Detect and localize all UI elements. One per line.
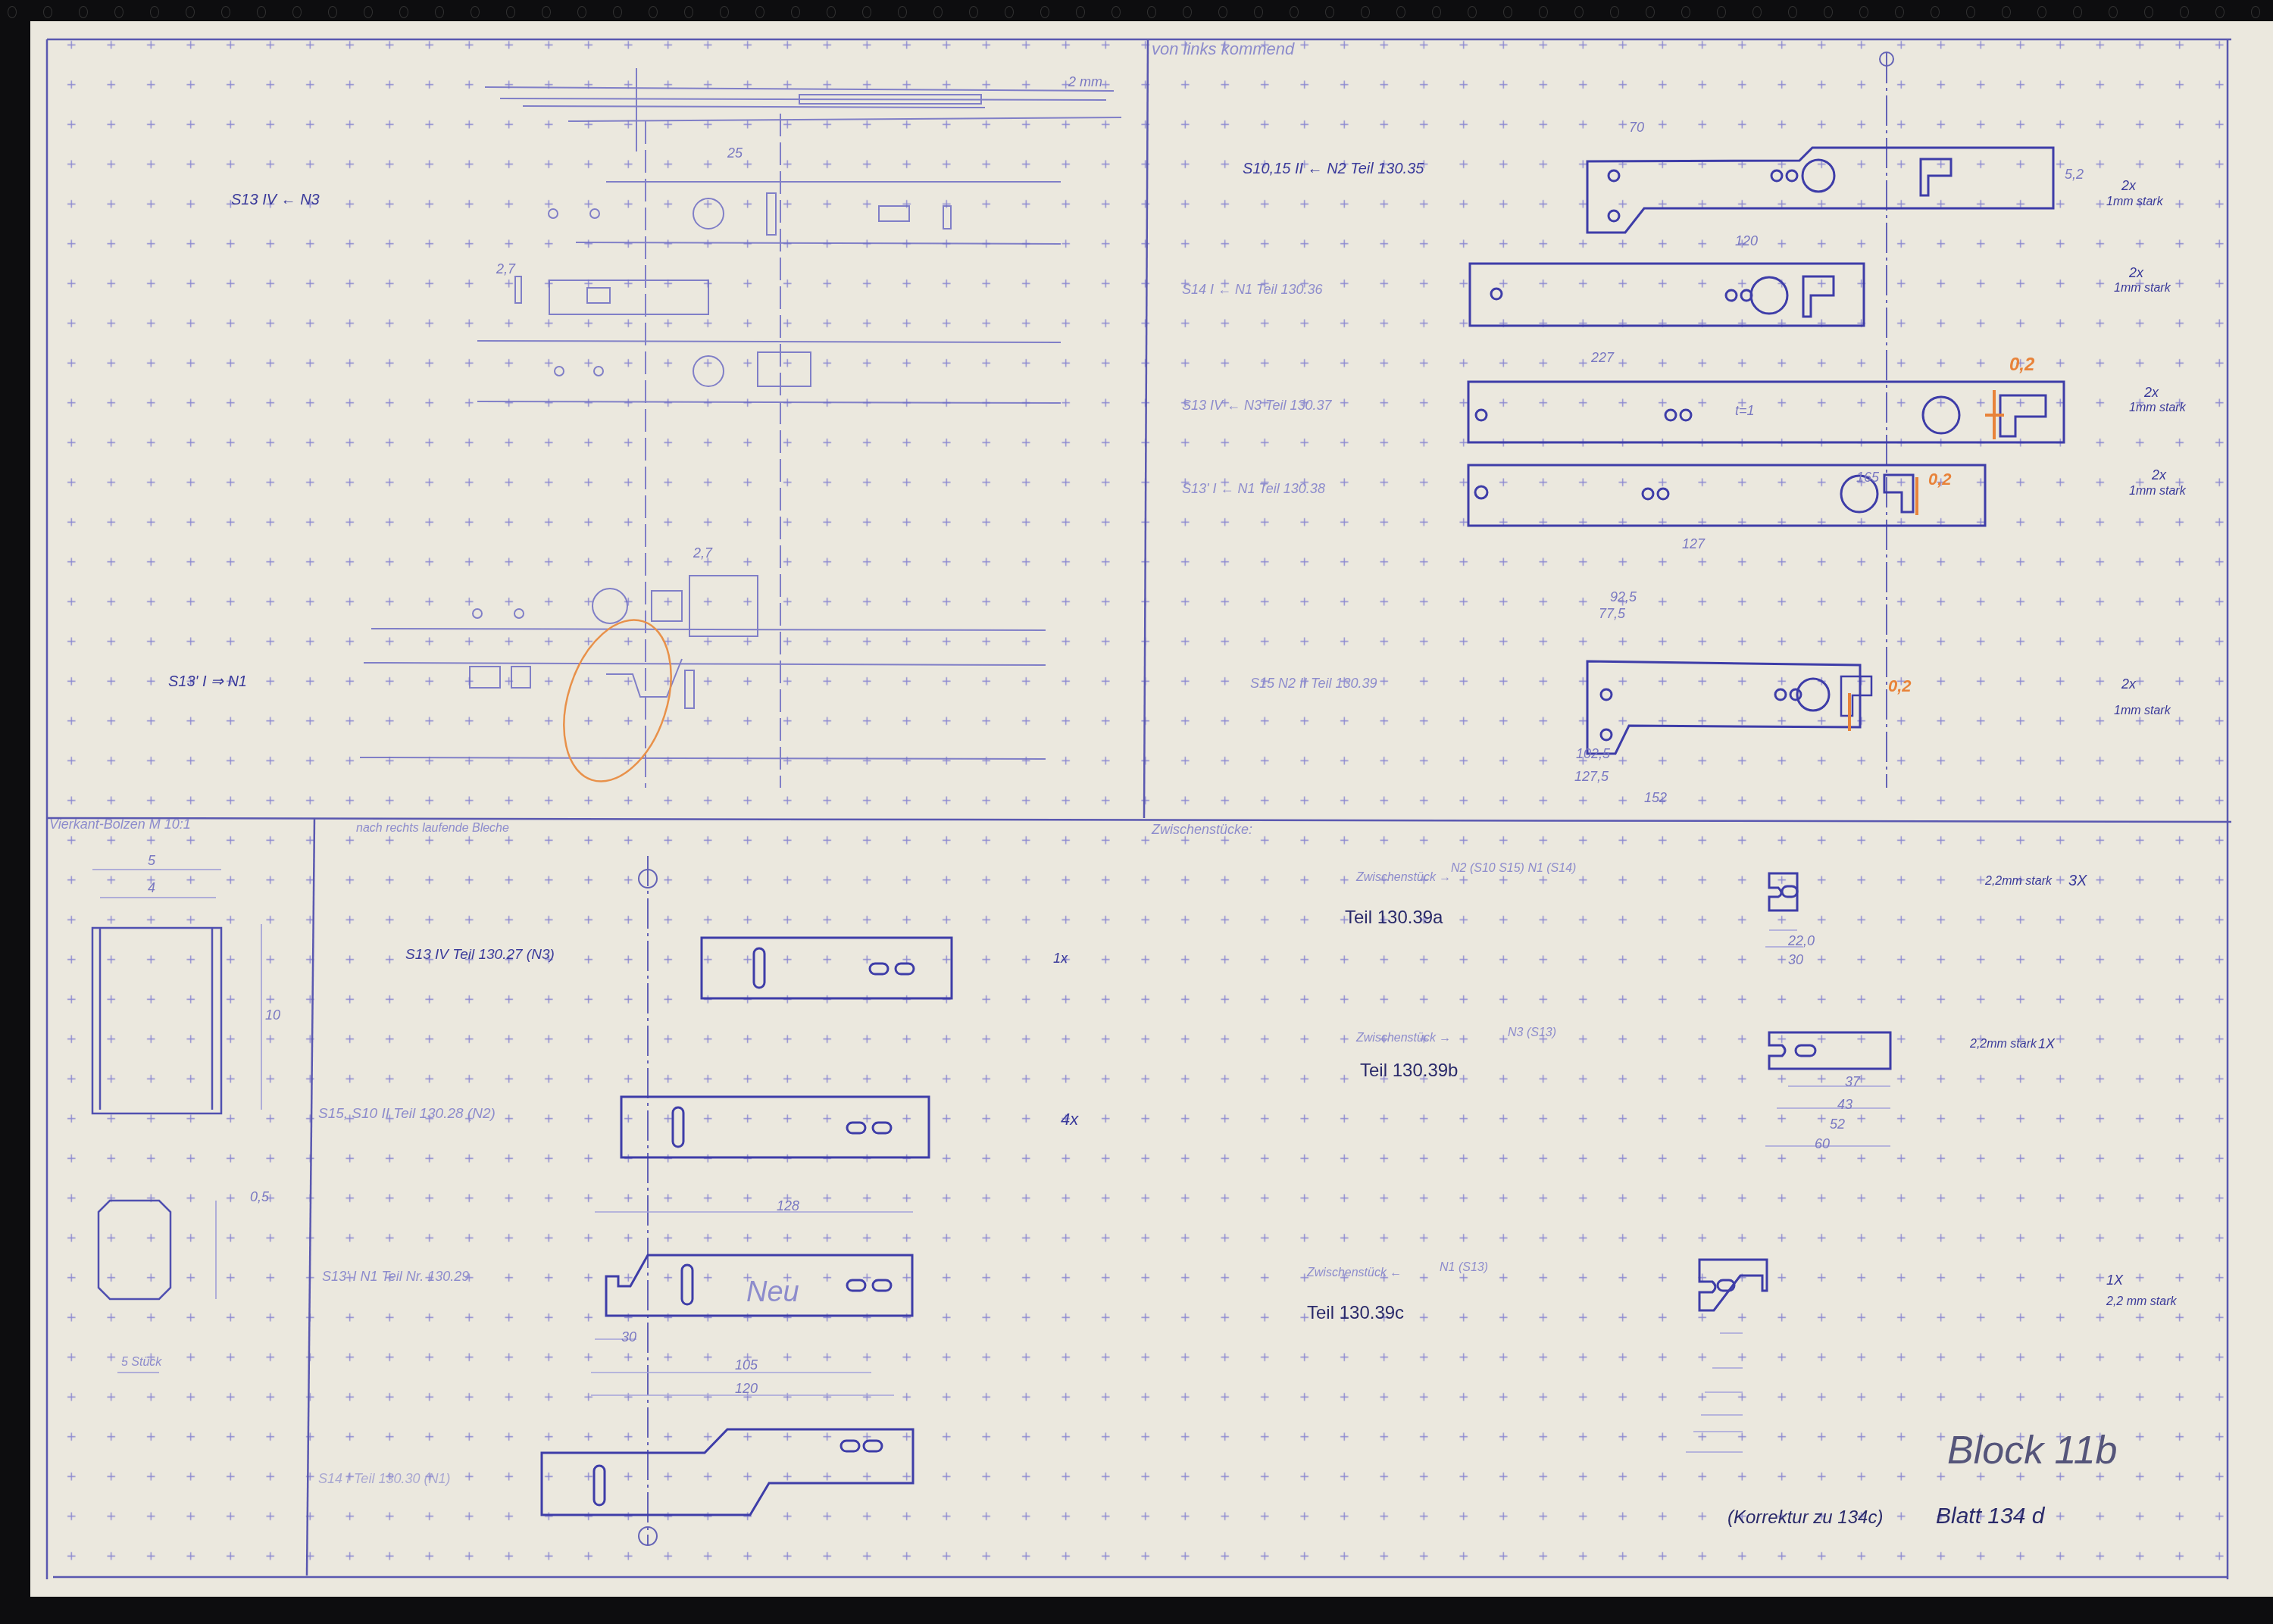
- dim-105: 105: [735, 1357, 758, 1373]
- grid-crosses: [52, 39, 2226, 1569]
- film-hole: [2144, 6, 2153, 18]
- film-hole: [1254, 6, 1263, 18]
- film-hole: [2109, 6, 2118, 18]
- thickness-130-39: 1mm stark: [2114, 704, 2171, 718]
- qty-130-28: 4x: [1061, 1110, 1078, 1129]
- dim-70: 70: [1629, 120, 1644, 136]
- film-hole: [1325, 6, 1334, 18]
- film-hole: [8, 6, 17, 18]
- dim-2-7-a: 2,7: [496, 261, 515, 277]
- part-label-130-29: S13' I N1 Teil Nr. 130.29: [322, 1269, 469, 1285]
- dim-30-b: 30: [1788, 952, 1803, 968]
- thickness-130-35: 1mm stark: [2106, 195, 2163, 209]
- film-hole: [1147, 6, 1156, 18]
- correction-0-2-a: 0,2: [2009, 354, 2034, 376]
- film-hole: [1432, 6, 1441, 18]
- film-hole: [791, 6, 800, 18]
- film-hole: [827, 6, 836, 18]
- dim-43: 43: [1837, 1097, 1852, 1113]
- film-hole: [328, 6, 337, 18]
- part-label-130-27: S13 IV Teil 130.27 (N3): [405, 947, 555, 963]
- film-hole: [1646, 6, 1655, 18]
- film-hole: [1183, 6, 1192, 18]
- film-hole: [2251, 6, 2260, 18]
- film-hole: [1396, 6, 1405, 18]
- dim-37: 37: [1845, 1074, 1860, 1090]
- dim-127-5: 127,5: [1574, 769, 1609, 785]
- correction-0-2-b: 0,2: [1928, 470, 1952, 489]
- film-hole: [471, 6, 480, 18]
- block-id: Block 11b: [1947, 1428, 2118, 1473]
- film-hole: [1503, 6, 1512, 18]
- teil-130-39c: Teil 130.39c: [1307, 1303, 1404, 1324]
- dim-128: 128: [777, 1198, 799, 1214]
- film-hole: [1111, 6, 1121, 18]
- film-hole: [2215, 6, 2225, 18]
- film-hole: [1966, 6, 1975, 18]
- dim-227: 227: [1591, 350, 1614, 366]
- dim-52: 52: [1830, 1116, 1845, 1132]
- film-hole: [1040, 6, 1049, 18]
- thickness-130-39c: 2,2 mm stark: [2106, 1295, 2176, 1309]
- teil-130-39b: Teil 130.39b: [1360, 1060, 1458, 1082]
- zwischenstueck-a-refs: N2 (S10 S15) N1 (S14): [1451, 862, 1576, 876]
- vierkant-bolzen-title: Vierkant-Bolzen M 10:1: [49, 817, 191, 832]
- dim-127: 127: [1682, 536, 1705, 552]
- zwischenstueck-b-name: Zwischenstück →: [1356, 1032, 1451, 1045]
- part-label-130-38: S13' I ← N1 Teil 130.38: [1182, 481, 1325, 497]
- part-label-130-35: S10,15 II ← N2 Teil 130.35: [1243, 161, 1424, 178]
- film-hole: [1218, 6, 1227, 18]
- note-neu: Neu: [746, 1276, 799, 1309]
- film-hole: [257, 6, 266, 18]
- dim-77-5: 77,5: [1599, 606, 1625, 622]
- film-hole: [1574, 6, 1584, 18]
- qty-130-39c: 1X: [2106, 1273, 2123, 1288]
- dim-0-5: 0,5: [250, 1189, 269, 1205]
- dim-102-5: 102,5: [1576, 746, 1610, 762]
- film-hole: [435, 6, 444, 18]
- dim-60: 60: [1815, 1136, 1830, 1152]
- part-label-130-28: S15, S10 II Teil 130.28 (N2): [318, 1106, 496, 1123]
- qty-130-38: 2x: [2152, 467, 2166, 483]
- film-hole: [2180, 6, 2189, 18]
- lower-middle-heading: nach rechts laufende Bleche: [356, 822, 509, 835]
- film-hole: [186, 6, 195, 18]
- qty-130-27: 1x: [1053, 951, 1068, 967]
- film-hole: [1824, 6, 1833, 18]
- film-hole: [364, 6, 373, 18]
- quantity-5-stueck: 5 Stück: [121, 1356, 161, 1369]
- qty-130-39b: 1X: [2038, 1036, 2055, 1052]
- thickness-130-39a: 2,2mm stark: [1985, 875, 2052, 889]
- qty-130-39: 2x: [2121, 676, 2136, 692]
- dim-25: 25: [727, 145, 743, 161]
- dim-120-b: 120: [735, 1381, 758, 1397]
- upper-left-label-s13i: S13' I ⇒ N1: [168, 672, 247, 691]
- upper-left-label-s13iv: S13 IV ← N3: [231, 192, 320, 209]
- film-hole: [1005, 6, 1014, 18]
- film-hole: [1539, 6, 1548, 18]
- film-hole: [1610, 6, 1619, 18]
- dim-30: 30: [621, 1329, 636, 1345]
- film-strip-holes: [0, 0, 2273, 21]
- film-hole: [114, 6, 123, 18]
- correction-0-2-c: 0,2: [1888, 676, 1912, 696]
- footer-note: (Korrektur zu 134c): [1727, 1507, 1883, 1529]
- film-hole: [862, 6, 871, 18]
- film-hole: [542, 6, 551, 18]
- thickness-130-36: 1mm stark: [2114, 282, 2171, 295]
- dim-152: 152: [1644, 790, 1667, 806]
- film-hole: [1788, 6, 1797, 18]
- film-hole: [399, 6, 408, 18]
- film-hole: [577, 6, 586, 18]
- dim-10: 10: [265, 1007, 280, 1023]
- zwischenstueck-b-refs: N3 (S13): [1508, 1026, 1556, 1040]
- film-hole: [292, 6, 302, 18]
- film-hole: [221, 6, 230, 18]
- film-hole: [649, 6, 658, 18]
- teil-130-39a: Teil 130.39a: [1345, 907, 1443, 929]
- dim-2mm: 2 mm: [1068, 74, 1102, 90]
- film-hole: [2073, 6, 2082, 18]
- zwischenstueck-a-name: Zwischenstück →: [1356, 871, 1451, 885]
- technical-drawing-canvas: [0, 0, 2273, 1624]
- film-hole: [933, 6, 943, 18]
- qty-130-39a: 3X: [2068, 873, 2087, 890]
- film-hole: [1931, 6, 1940, 18]
- film-hole: [1290, 6, 1299, 18]
- dim-5: 5: [148, 853, 155, 869]
- dim-92-5: 92,5: [1610, 589, 1637, 605]
- dim-22-0: 22,0: [1788, 933, 1815, 949]
- film-hole: [1361, 6, 1370, 18]
- part-label-130-30: S14 I Teil 130.30 (N1): [318, 1471, 450, 1487]
- film-hole: [2037, 6, 2046, 18]
- film-hole: [150, 6, 159, 18]
- lower-right-heading: Zwischenstücke:: [1152, 822, 1252, 838]
- dim-165: 165: [1856, 470, 1879, 486]
- thickness-130-37: 1mm stark: [2129, 401, 2186, 415]
- film-hole: [1895, 6, 1904, 18]
- dim-23-6: 5,2: [2065, 167, 2084, 183]
- part-label-130-37: S13 IV ← N3 Teil 130.37: [1182, 398, 1331, 414]
- film-hole: [1752, 6, 1762, 18]
- film-hole: [1859, 6, 1868, 18]
- dim-120: 120: [1735, 233, 1758, 249]
- sheet-number: Blatt 134 d: [1936, 1504, 2044, 1529]
- film-hole: [43, 6, 52, 18]
- dim-t1: t=1: [1735, 403, 1755, 419]
- part-label-130-39: S15 N2 II Teil 130.39: [1250, 676, 1377, 692]
- dim-4: 4: [148, 880, 155, 896]
- film-hole: [1681, 6, 1690, 18]
- film-hole: [969, 6, 978, 18]
- zwischenstueck-c-refs: N1 (S13): [1440, 1261, 1488, 1275]
- film-hole: [613, 6, 622, 18]
- film-hole: [506, 6, 515, 18]
- thickness-130-38: 1mm stark: [2129, 485, 2186, 498]
- film-hole: [2002, 6, 2011, 18]
- thickness-130-39b: 2,2mm stark: [1970, 1038, 2037, 1051]
- film-hole: [1717, 6, 1726, 18]
- dim-2-7-b: 2,7: [693, 545, 712, 561]
- film-hole: [684, 6, 693, 18]
- qty-130-37: 2x: [2144, 385, 2159, 401]
- film-hole: [898, 6, 907, 18]
- qty-130-36: 2x: [2129, 265, 2143, 281]
- zwischenstueck-c-name: Zwischenstück ←: [1307, 1266, 1402, 1280]
- film-hole: [755, 6, 764, 18]
- top-note: von links kommend: [1152, 39, 1294, 59]
- film-hole: [720, 6, 729, 18]
- film-hole: [79, 6, 88, 18]
- film-hole: [1076, 6, 1085, 18]
- qty-130-35: 2x: [2121, 178, 2136, 194]
- part-label-130-36: S14 I ← N1 Teil 130.36: [1182, 282, 1322, 298]
- film-hole: [1468, 6, 1477, 18]
